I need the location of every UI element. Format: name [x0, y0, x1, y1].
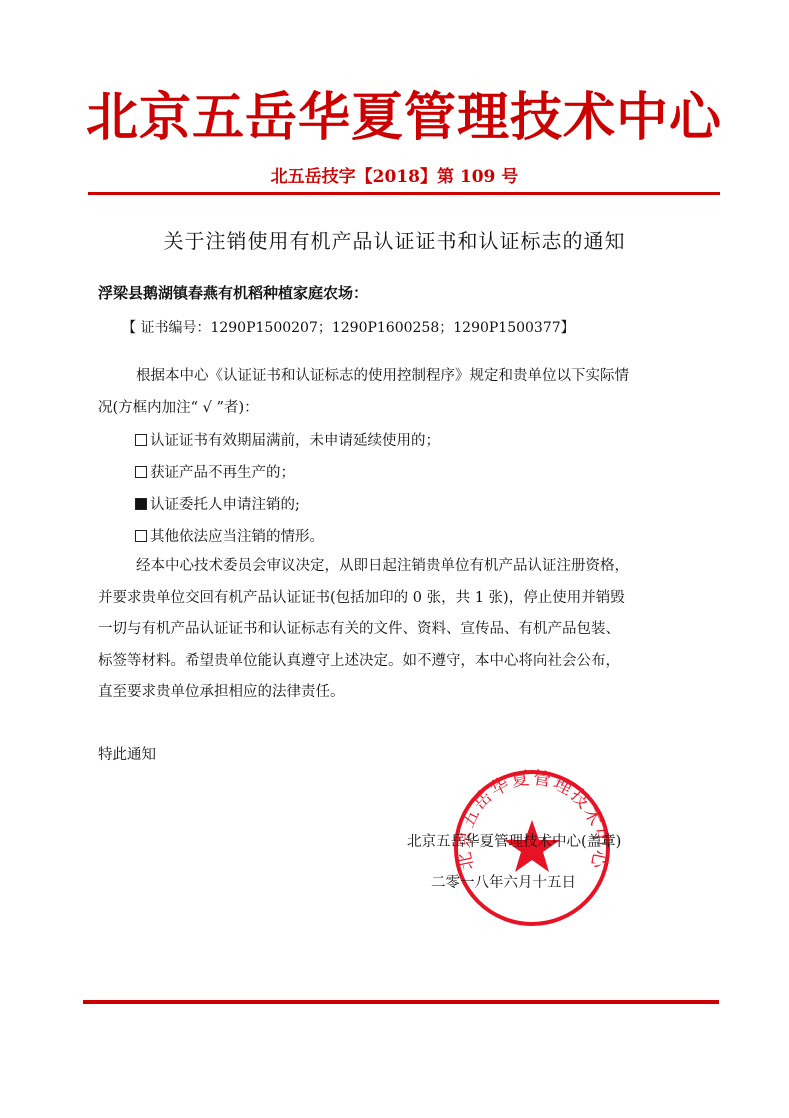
decision-line: 标签等材料。希望贵单位能认真遵守上述决定。如不遵守，本中心将向社会公布， [98, 646, 688, 678]
intro-line-1: 根据本中心《认证证书和认证标志的使用控制程序》规定和贵单位以下实际情 [98, 361, 688, 393]
checklist-item: 认证证书有效期届满前，未申请延续使用的； [135, 430, 440, 452]
intro-paragraph: 根据本中心《认证证书和认证标志的使用控制程序》规定和贵单位以下实际情 况(方框内… [98, 361, 688, 424]
checkbox-empty-icon [135, 530, 147, 542]
footer-divider [83, 1000, 719, 1004]
signature-organization: 北京五岳华夏管理技术中心(盖章) [407, 831, 621, 853]
checkbox-empty-icon [135, 466, 147, 478]
checklist-item: 获证产品不再生产的； [135, 462, 295, 484]
decision-line: 直至要求贵单位承担相应的法律责任。 [98, 677, 688, 709]
signature-date: 二零一八年六月十五日 [431, 872, 576, 894]
org-title: 北京五岳华夏管理技术中心 [86, 86, 716, 150]
certificate-numbers: 【 证书编号：1290P1500207；1290P1600258；1290P15… [122, 317, 575, 339]
decision-line: 一切与有机产品认证证书和认证标志有关的文件、资料、宣传品、有机产品包装、 [98, 614, 688, 646]
checklist-item: 其他依法应当注销的情形。 [135, 526, 324, 548]
decision-paragraph: 经本中心技术委员会审议决定，从即日起注销贵单位有机产品认证注册资格， 并要求贵单… [98, 551, 688, 709]
closing-remark: 特此通知 [98, 744, 156, 766]
checklist-item: 认证委托人申请注销的; [135, 494, 300, 516]
checkbox-filled-icon [135, 498, 147, 510]
notice-title: 关于注销使用有机产品认证证书和认证标志的通知 [0, 227, 789, 255]
recipient: 浮梁县鹅湖镇春燕有机稻种植家庭农场： [98, 282, 368, 304]
document-number: 北五岳技字【2018】第 109 号 [0, 165, 789, 189]
decision-line: 经本中心技术委员会审议决定，从即日起注销贵单位有机产品认证注册资格， [98, 551, 688, 583]
decision-line: 并要求贵单位交回有机产品认证证书(包括加印的 0 张，共 1 张)，停止使用并销… [98, 583, 688, 615]
intro-line-2: 况(方框内加注“ √ ”者)： [98, 393, 688, 425]
header-divider [88, 192, 720, 195]
checkbox-empty-icon [135, 434, 147, 446]
